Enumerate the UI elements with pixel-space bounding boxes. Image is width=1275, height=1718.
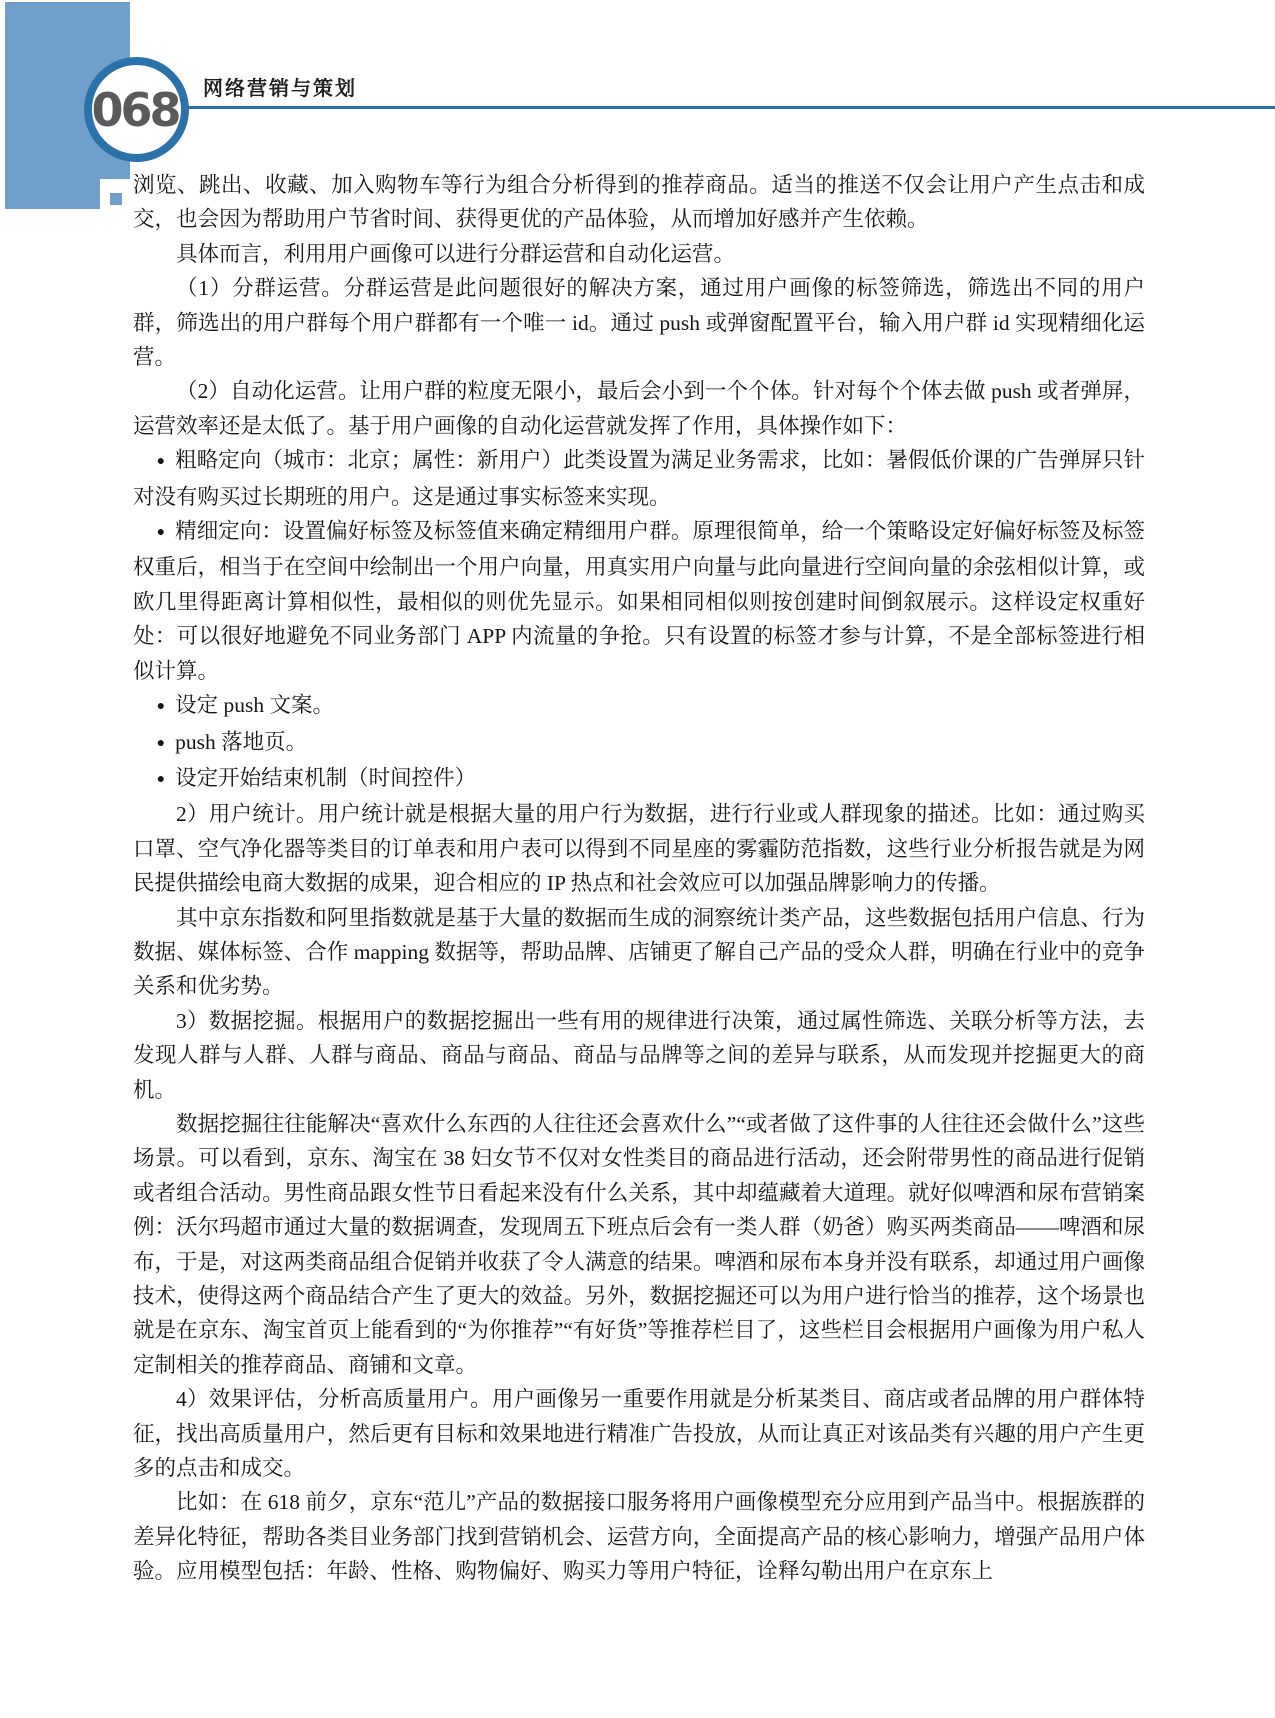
paragraph-text: 3）数据挖掘。根据用户的数据挖掘出一些有用的规律进行决策，通过属性筛选、关联分析… — [133, 1009, 1145, 1102]
paragraph-text: 精细定向：设置偏好标签及标签值来确定精细用户群。原理很简单，给一个策略设定好偏好… — [133, 519, 1145, 683]
paragraph: （2）自动化运营。让用户群的粒度无限小，最后会小到一个个体。针对每个个体去做 p… — [133, 374, 1145, 443]
bullet-paragraph: ●push 落地页。 — [133, 725, 1145, 761]
paragraph: 浏览、跳出、收藏、加入购物车等行为组合分析得到的推荐商品。适当的推送不仅会让用户… — [133, 168, 1145, 237]
bullet-icon: ● — [157, 763, 165, 797]
paragraph: 3）数据挖掘。根据用户的数据挖掘出一些有用的规律进行决策，通过属性筛选、关联分析… — [133, 1004, 1145, 1107]
paragraph-text: 具体而言，利用用户画像可以进行分群运营和自动化运营。 — [176, 242, 735, 266]
book-page: 068 网络营销与策划 浏览、跳出、收藏、加入购物车等行为组合分析得到的推荐商品… — [0, 0, 1275, 1718]
paragraph-text: 2）用户统计。用户统计就是根据大量的用户行为数据，进行行业或人群现象的描述。比如… — [133, 802, 1145, 895]
paragraph-text: 设定开始结束机制（时间控件） — [175, 766, 476, 790]
paragraph-text: （1）分群运营。分群运营是此问题很好的解决方案，通过用户画像的标签筛选，筛选出不… — [133, 276, 1145, 369]
paragraph-text: 设定 push 文案。 — [175, 693, 334, 717]
page-number-badge: 068 — [84, 57, 189, 162]
bullet-icon: ● — [157, 516, 165, 550]
paragraph: 2）用户统计。用户统计就是根据大量的用户行为数据，进行行业或人群现象的描述。比如… — [133, 797, 1145, 900]
running-head-title: 网络营销与策划 — [203, 72, 357, 101]
paragraph: 4）效果评估，分析高质量用户。用户画像另一重要作用就是分析某类目、商店或者品牌的… — [133, 1382, 1145, 1485]
bullet-icon: ● — [157, 690, 165, 724]
paragraph-text: 比如：在 618 前夕，京东“范儿”产品的数据接口服务将用户画像模型充分应用到产… — [133, 1490, 1145, 1583]
paragraph-text: （2）自动化运营。让用户群的粒度无限小，最后会小到一个个体。针对每个个体去做 p… — [133, 379, 1145, 437]
paragraph-text: 浏览、跳出、收藏、加入购物车等行为组合分析得到的推荐商品。适当的推送不仅会让用户… — [133, 173, 1145, 231]
paragraph-text: 其中京东指数和阿里指数就是基于大量的数据而生成的洞察统计类产品，这些数据包括用户… — [133, 906, 1145, 999]
header-rule — [186, 106, 1275, 109]
page-number: 068 — [91, 83, 181, 137]
paragraph: （1）分群运营。分群运营是此问题很好的解决方案，通过用户画像的标签筛选，筛选出不… — [133, 271, 1145, 374]
paragraph-text: 4）效果评估，分析高质量用户。用户画像另一重要作用就是分析某类目、商店或者品牌的… — [133, 1387, 1145, 1480]
paragraph-text: 数据挖掘往往能解决“喜欢什么东西的人往往还会喜欢什么”“或者做了这件事的人往往还… — [133, 1112, 1145, 1377]
paragraph-text: 粗略定向（城市：北京；属性：新用户）此类设置为满足业务需求，比如：暑假低价课的广… — [133, 448, 1145, 508]
body-text: 浏览、跳出、收藏、加入购物车等行为组合分析得到的推荐商品。适当的推送不仅会让用户… — [133, 168, 1145, 1589]
bullet-paragraph: ●粗略定向（城市：北京；属性：新用户）此类设置为满足业务需求，比如：暑假低价课的… — [133, 443, 1145, 514]
paragraph-text: push 落地页。 — [175, 730, 307, 754]
paragraph: 其中京东指数和阿里指数就是基于大量的数据而生成的洞察统计类产品，这些数据包括用户… — [133, 901, 1145, 1004]
corner-square-decor — [110, 193, 122, 205]
bullet-icon: ● — [157, 727, 165, 761]
paragraph: 比如：在 618 前夕，京东“范儿”产品的数据接口服务将用户画像模型充分应用到产… — [133, 1485, 1145, 1588]
bullet-paragraph: ●精细定向：设置偏好标签及标签值来确定精细用户群。原理很简单，给一个策略设定好偏… — [133, 514, 1145, 688]
bullet-paragraph: ●设定 push 文案。 — [133, 688, 1145, 724]
bullet-icon: ● — [157, 445, 165, 479]
bullet-paragraph: ●设定开始结束机制（时间控件） — [133, 761, 1145, 797]
paragraph: 具体而言，利用用户画像可以进行分群运营和自动化运营。 — [133, 237, 1145, 271]
paragraph: 数据挖掘往往能解决“喜欢什么东西的人往往还会喜欢什么”“或者做了这件事的人往往还… — [133, 1107, 1145, 1382]
